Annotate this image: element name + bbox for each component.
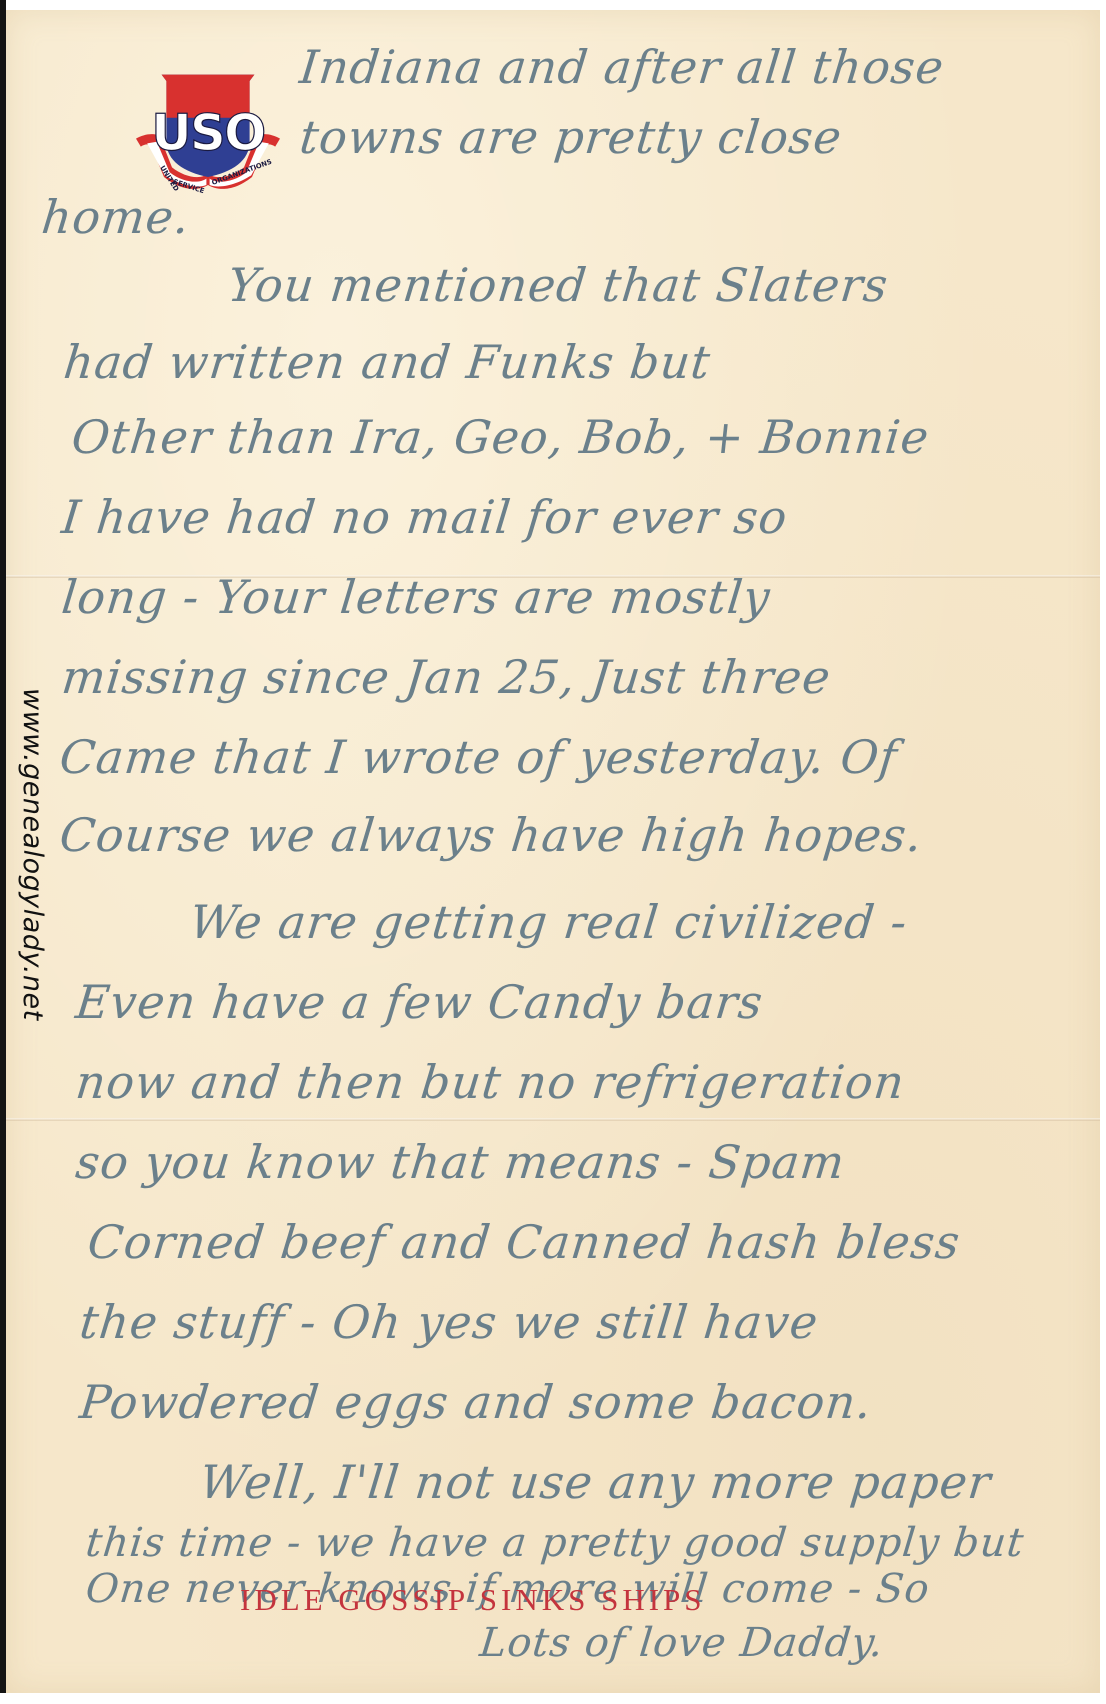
letter-line: Came that I wrote of yesterday. Of <box>57 730 900 784</box>
logo-monogram: USO <box>151 104 264 162</box>
uso-shield-icon: USO UNITED SERVICE ORGANIZATIONS <box>128 64 288 194</box>
letter-line: towns are pretty close <box>297 110 845 164</box>
letter-line: Powdered eggs and some bacon. <box>77 1375 875 1429</box>
website-watermark: www.genealogylady.net <box>17 688 48 1021</box>
letter-line: missing since Jan 25, Just three <box>59 650 833 704</box>
letter-line: I have had no mail for ever so <box>59 490 790 544</box>
stationery-slogan: IDLE GOSSIP SINKS SHIPS <box>240 1582 706 1618</box>
letter-signature: Lots of love Daddy. <box>478 1620 886 1666</box>
letter-line: Course we always have high hopes. <box>57 808 925 862</box>
letter-line: You mentioned that Slaters <box>225 258 891 312</box>
fold-crease <box>6 1118 1100 1121</box>
letter-line: this time - we have a pretty good supply… <box>84 1520 1027 1566</box>
letter-line: so you know that means - Spam <box>73 1135 848 1189</box>
letter-line: home. <box>39 190 192 244</box>
letter-line: Corned beef and Canned hash bless <box>85 1215 963 1269</box>
letter-line: Even have a few Candy bars <box>73 975 766 1029</box>
letter-line: Well, I'll not use any more paper <box>197 1455 994 1509</box>
letter-line: long - Your letters are mostly <box>59 570 773 624</box>
letter-line: We are getting real civilized - <box>187 895 910 949</box>
letter-line: now and then but no refrigeration <box>73 1055 907 1109</box>
letter-line: the stuff - Oh yes we still have <box>77 1295 821 1349</box>
letter-line: had written and Funks but <box>61 335 713 389</box>
letter-line: Indiana and after all those <box>297 40 947 94</box>
letter-line: Other than Ira, Geo, Bob, + Bonnie <box>69 410 932 464</box>
uso-logo: USO UNITED SERVICE ORGANIZATIONS <box>128 64 288 194</box>
